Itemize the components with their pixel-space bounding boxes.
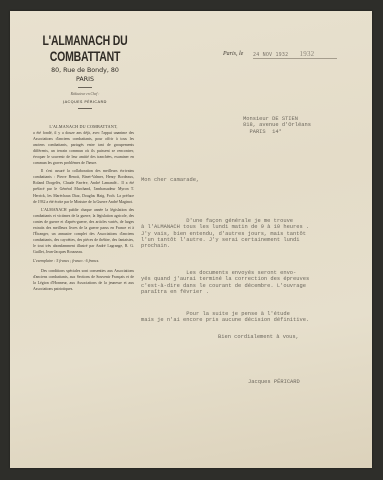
letterhead-title: L'ALMANACH DU COMBATTANT: [20, 33, 150, 65]
letter-paragraph: Les documents envoyés seront envo- yés q…: [141, 270, 309, 295]
recipient-line: Monsieur DE STIEN: [243, 116, 298, 122]
sidebar-paragraph: Des conditions spéciales sont consenties…: [33, 268, 134, 292]
recipient-line: 818, avenue d'Orléans: [243, 122, 311, 128]
letterhead-address: 80, Rue de Bondy, 80: [20, 67, 150, 74]
price-line: L'exemplaire : 5 francs ; franco : 6 fra…: [33, 258, 134, 264]
divider: [78, 108, 92, 109]
letterhead-city: PARIS: [20, 76, 150, 83]
handwritten-year: 1932: [300, 50, 315, 58]
divider: [78, 87, 92, 88]
almanach-description: L'ALMANACH DU COMBATTANT, a été fondé, i…: [33, 124, 134, 294]
editor-role: Rédacteur en Chef :: [20, 92, 150, 96]
date-stamp: 24 NOV 1932 1932: [253, 50, 337, 59]
editor-name: JACQUES PÉRICARD: [20, 99, 150, 104]
letter-paragraph: D'une façon générale je me trouve à l'AL…: [141, 218, 309, 249]
recipient-line: PARIS 14°: [243, 129, 282, 135]
letter-sheet: L'ALMANACH DU COMBATTANT 80, Rue de Bond…: [10, 11, 372, 468]
dateline-label: Paris, le: [223, 51, 243, 57]
letterhead: L'ALMANACH DU COMBATTANT 80, Rue de Bond…: [20, 33, 150, 109]
stamped-date: 24 NOV 1932: [253, 52, 288, 58]
signature: Jacques PÉRICARD: [248, 379, 300, 385]
recipient-address: Monsieur DE STIEN 818, avenue d'Orléans …: [243, 116, 311, 135]
sidebar-paragraph: Il s'est assuré la collaboration des mei…: [33, 168, 134, 204]
salutation: Mon cher camarade,: [141, 177, 199, 183]
sidebar-paragraph: a été fondé, il y a douze ans déjà, avec…: [33, 130, 134, 166]
sidebar-paragraph: L'ALMANACH publie chaque année la législ…: [33, 207, 134, 255]
letter-paragraph: Pour la suite je pense à l'étude mais je…: [141, 311, 309, 324]
closing: Bien cordialement à vous,: [218, 334, 299, 340]
